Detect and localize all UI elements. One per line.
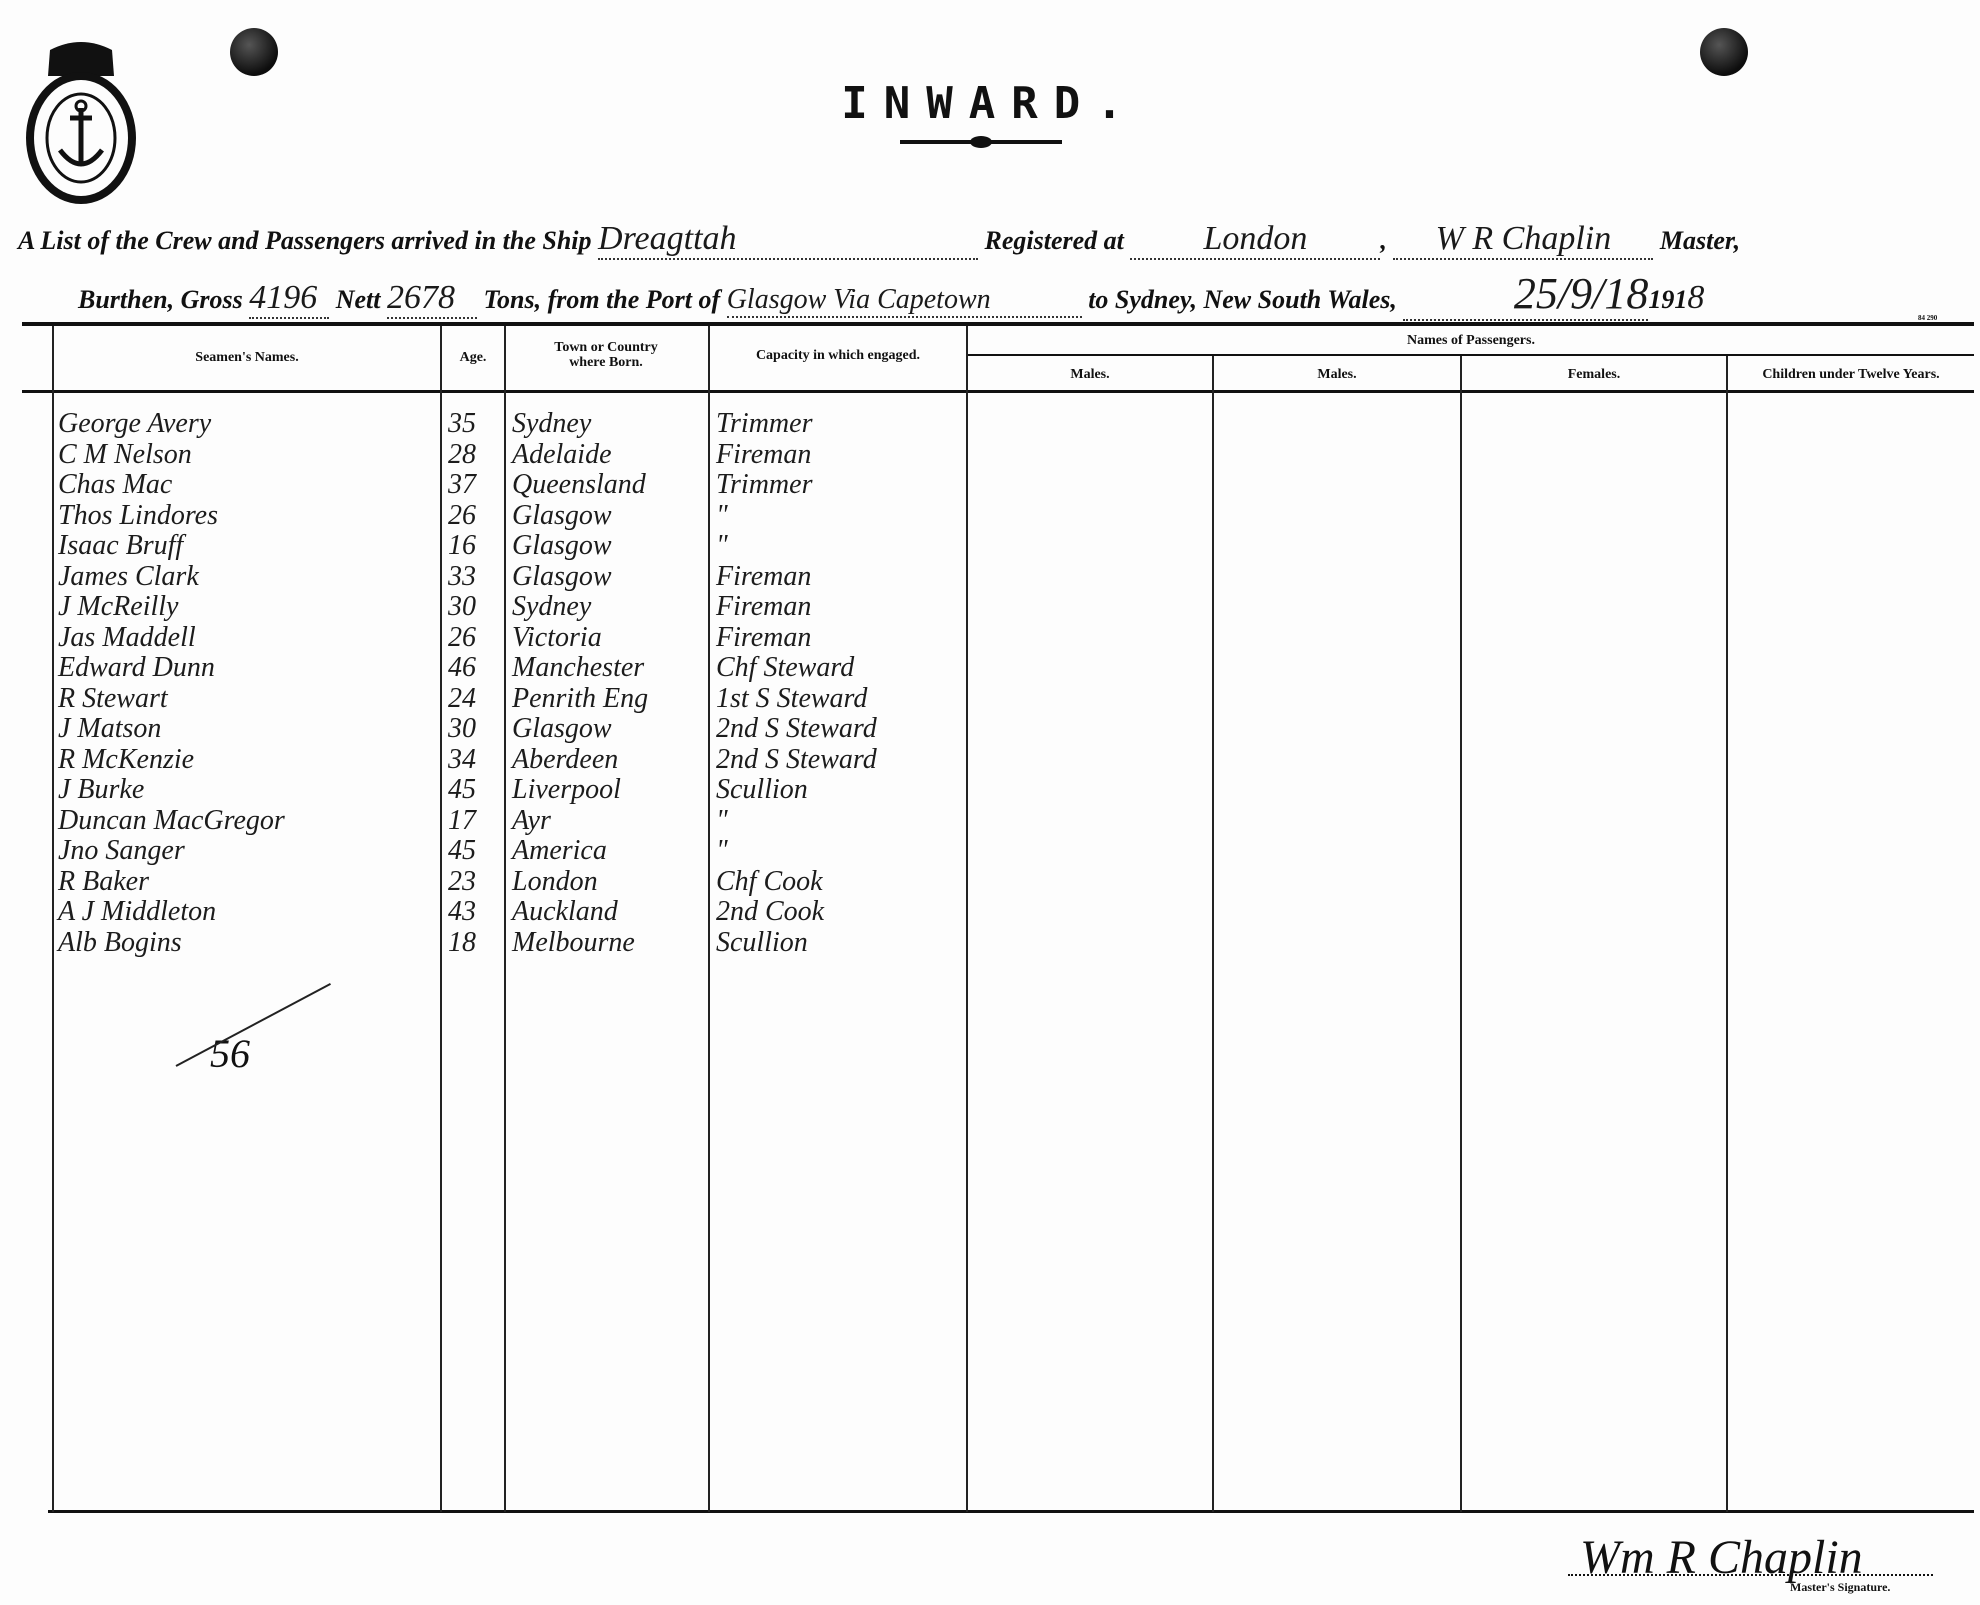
passenger-header-rule — [968, 354, 1974, 356]
header-males-2: Males. — [1214, 367, 1460, 382]
seaman-age: 46 — [448, 652, 476, 684]
seaman-name: Thos Lindores — [58, 500, 218, 532]
ship-line: A List of the Crew and Passengers arrive… — [18, 220, 1740, 260]
table-row: J Burke45LiverpoolScullion — [0, 774, 1980, 806]
table-row: Jas Maddell26VictoriaFireman — [0, 622, 1980, 654]
title-ornament — [900, 140, 1062, 144]
seaman-name: James Clark — [58, 561, 199, 593]
seaman-name: Isaac Bruff — [58, 530, 183, 562]
seaman-birthplace: Adelaide — [512, 439, 612, 471]
table-row: Isaac Bruff16Glasgow" — [0, 530, 1980, 562]
table-row: Chas Mac37QueenslandTrimmer — [0, 469, 1980, 501]
year-suffix: 8 — [1687, 279, 1704, 316]
tons-label: Tons, from the Port of — [484, 285, 721, 314]
seaman-name: Duncan MacGregor — [58, 805, 285, 837]
seaman-name: C M Nelson — [58, 439, 192, 471]
table-row: A J Middleton43Auckland2nd Cook — [0, 896, 1980, 928]
seaman-capacity: " — [716, 835, 728, 867]
seaman-name: Alb Bogins — [58, 927, 182, 959]
seaman-age: 37 — [448, 469, 476, 501]
registered-label: Registered at — [985, 226, 1124, 255]
seaman-capacity: Fireman — [716, 439, 811, 471]
table-row: Duncan MacGregor17Ayr" — [0, 805, 1980, 837]
header-children: Children under Twelve Years. — [1728, 367, 1974, 382]
seaman-age: 26 — [448, 622, 476, 654]
master-label: Master, — [1660, 226, 1740, 255]
seaman-capacity: Trimmer — [716, 469, 812, 501]
gross-tons: 4196 — [249, 279, 329, 319]
seaman-name: Chas Mac — [58, 469, 172, 501]
seaman-birthplace: Melbourne — [512, 927, 635, 959]
seaman-birthplace: Glasgow — [512, 713, 612, 745]
seaman-age: 18 — [448, 927, 476, 959]
seaman-age: 30 — [448, 591, 476, 623]
seaman-name: R Stewart — [58, 683, 168, 715]
seaman-name: J Burke — [58, 774, 144, 806]
seaman-age: 33 — [448, 561, 476, 593]
seaman-capacity: Trimmer — [716, 408, 812, 440]
seaman-capacity: 1st S Steward — [716, 683, 867, 715]
seaman-age: 30 — [448, 713, 476, 745]
seaman-birthplace: Aberdeen — [512, 744, 618, 776]
header-capacity: Capacity in which engaged. — [710, 348, 966, 363]
nett-label: Nett — [336, 285, 381, 314]
header-males: Males. — [968, 367, 1212, 382]
table-bottom-rule — [48, 1510, 1974, 1513]
seaman-birthplace: Ayr — [512, 805, 551, 837]
signature-line — [1568, 1574, 1933, 1576]
seaman-age: 24 — [448, 683, 476, 715]
seaman-birthplace: Penrith Eng — [512, 683, 648, 715]
seaman-age: 23 — [448, 866, 476, 898]
table-row: J McReilly30SydneyFireman — [0, 591, 1980, 623]
seaman-name: R McKenzie — [58, 744, 194, 776]
table-row: R Stewart24Penrith Eng1st S Steward — [0, 683, 1980, 715]
table-row: R McKenzie34Aberdeen2nd S Steward — [0, 744, 1980, 776]
seaman-birthplace: Glasgow — [512, 530, 612, 562]
table-row: R Baker23LondonChf Cook — [0, 866, 1980, 898]
table-row: Alb Bogins18MelbourneScullion — [0, 927, 1980, 959]
table-row: Thos Lindores26Glasgow" — [0, 500, 1980, 532]
seaman-age: 17 — [448, 805, 476, 837]
seaman-birthplace: America — [512, 835, 607, 867]
seaman-name: J Matson — [58, 713, 161, 745]
seaman-birthplace: Auckland — [512, 896, 618, 928]
header-females: Females. — [1462, 367, 1726, 382]
tally-stroke — [176, 983, 331, 1067]
seaman-age: 34 — [448, 744, 476, 776]
seaman-capacity: Scullion — [716, 927, 808, 959]
seaman-capacity: Scullion — [716, 774, 808, 806]
header-passengers: Names of Passengers. — [968, 333, 1974, 348]
seaman-birthplace: Queensland — [512, 469, 646, 501]
seaman-capacity: Fireman — [716, 591, 811, 623]
table-row: George Avery35SydneyTrimmer — [0, 408, 1980, 440]
destination-label: to Sydney, New South Wales, — [1088, 285, 1397, 314]
seaman-capacity: 2nd S Steward — [716, 744, 877, 776]
departure-port: Glasgow Via Capetown — [727, 284, 1082, 318]
table-row: James Clark33GlasgowFireman — [0, 561, 1980, 593]
seaman-name: Jno Sanger — [58, 835, 185, 867]
seaman-capacity: Fireman — [716, 622, 811, 654]
seaman-age: 28 — [448, 439, 476, 471]
ship-line-prefix: A List of the Crew and Passengers arrive… — [18, 226, 592, 255]
table-row: C M Nelson28AdelaideFireman — [0, 439, 1980, 471]
seaman-capacity: Chf Cook — [716, 866, 823, 898]
seaman-birthplace: Sydney — [512, 591, 591, 623]
registered-port: London — [1130, 220, 1380, 260]
seaman-age: 26 — [448, 500, 476, 532]
seaman-capacity: " — [716, 500, 728, 532]
seaman-birthplace: Sydney — [512, 408, 591, 440]
burthen-line: Burthen, Gross 4196 Nett 2678 Tons, from… — [78, 268, 1704, 321]
seaman-capacity: Fireman — [716, 561, 811, 593]
burthen-label: Burthen, Gross — [78, 285, 243, 314]
seaman-birthplace: London — [512, 866, 598, 898]
seaman-capacity: 2nd S Steward — [716, 713, 877, 745]
table-top-rule — [22, 322, 1974, 326]
seaman-name: A J Middleton — [58, 896, 216, 928]
punch-hole-left — [230, 28, 278, 76]
seaman-birthplace: Glasgow — [512, 500, 612, 532]
master-name: W R Chaplin — [1393, 220, 1653, 260]
seaman-birthplace: Glasgow — [512, 561, 612, 593]
seaman-birthplace: Manchester — [512, 652, 644, 684]
nett-tons: 2678 — [387, 279, 477, 319]
ship-name: Dreagttah — [598, 220, 978, 260]
seaman-age: 45 — [448, 774, 476, 806]
seaman-name: J McReilly — [58, 591, 178, 623]
seaman-name: R Baker — [58, 866, 149, 898]
seaman-age: 16 — [448, 530, 476, 562]
table-row: Jno Sanger45America" — [0, 835, 1980, 867]
header-bottom-rule — [22, 390, 1974, 393]
form-code: 84 290 — [1918, 314, 1937, 322]
table-row: J Matson30Glasgow2nd S Steward — [0, 713, 1980, 745]
master-signature: Wm R Chaplin — [1580, 1530, 1863, 1585]
arrival-date: 25/9/18 — [1403, 268, 1648, 321]
seaman-capacity: " — [716, 805, 728, 837]
seaman-name: George Avery — [58, 408, 211, 440]
year-prefix: 191 — [1648, 285, 1687, 314]
seaman-age: 43 — [448, 896, 476, 928]
seaman-age: 45 — [448, 835, 476, 867]
header-age: Age. — [442, 350, 504, 365]
seaman-name: Jas Maddell — [58, 622, 196, 654]
seaman-name: Edward Dunn — [58, 652, 215, 684]
header-born: Town or Country where Born. — [536, 340, 676, 370]
form-title: INWARD. — [0, 78, 1980, 129]
punch-hole-right — [1700, 28, 1748, 76]
seaman-capacity: " — [716, 530, 728, 562]
signature-label: Master's Signature. — [1790, 1580, 1890, 1595]
header-seamens-names: Seamen's Names. — [54, 350, 440, 365]
seaman-birthplace: Liverpool — [512, 774, 621, 806]
seaman-age: 35 — [448, 408, 476, 440]
seaman-capacity: 2nd Cook — [716, 896, 824, 928]
seaman-birthplace: Victoria — [512, 622, 602, 654]
table-row: Edward Dunn46ManchesterChf Steward — [0, 652, 1980, 684]
seaman-capacity: Chf Steward — [716, 652, 854, 684]
